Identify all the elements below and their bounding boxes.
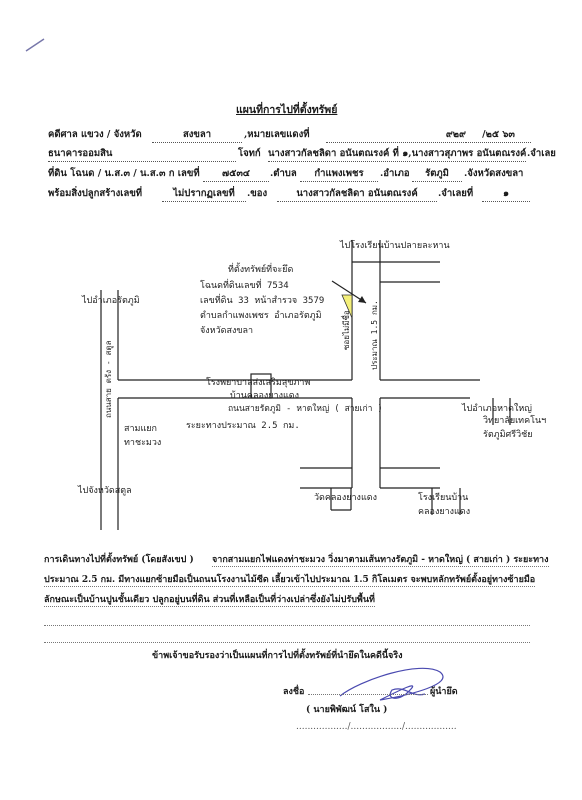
directions-label: การเดินทางไปที่ตั้งทรัพย์ (โดยสังเขป ) [44, 552, 194, 566]
label-junction-1: สามแยก [124, 421, 157, 435]
label-school-bottom-2: คลองยางแดง [418, 504, 470, 518]
directions-line-1: จากสามแยกไฟแดงท่าชะมวง วิ่งมาตามเส้นทางร… [212, 552, 549, 567]
label-property-line-3: ตำบลกำแพงเพชร อำเภอรัตภูมิ [200, 308, 322, 322]
label-to-rattaphum: ไปอำเภอรัตภูมิ [82, 293, 140, 307]
directions-line-2: ประมาณ 2.5 กม. มีทางแยกซ้ายมือเป็นถนนโรง… [44, 572, 535, 587]
label-hospital: โรงพยาบาลส่งเสริมสุขภาพ [206, 375, 310, 389]
blank-line-1 [44, 625, 530, 626]
label-property-line-2: เลขที่ดิน 33 หน้าสำรวจ 3579 [200, 293, 324, 307]
certification-statement: ข้าพเจ้าขอรับรองว่าเป็นแผนที่การไปที่ตั้… [152, 648, 403, 662]
label-side-road: ซอยไม่มีชื่อ [340, 310, 353, 350]
directions-line-3: ลักษณะเป็นบ้านปูนชั้นเดียว ปลูกอยู่บนที่… [44, 592, 375, 607]
label-school-bottom-1: โรงเรียนบ้าน [418, 490, 468, 504]
signature [340, 668, 443, 700]
label-temple: วัดคลองยางแดง [314, 490, 377, 504]
label-to-school-top: ไปโรงเรียนบ้านปลายละหาน [340, 238, 450, 252]
label-left-road: ถนนสาย ตรัง - สตูล [102, 341, 115, 419]
date-line: ................../................../..… [296, 722, 457, 732]
label-junction-2: ทาชะมวง [124, 435, 161, 449]
blank-line-2 [44, 642, 530, 643]
label-side-distance: ประมาณ 1.5 กม. [368, 300, 381, 370]
label-property-title: ที่ตั้งทรัพย์ที่จะยึด [228, 262, 293, 276]
label-hospital-2: บ้านคลองยางแดง [230, 388, 299, 402]
label-college-1: วิทยาลัยเทคโนฯ [483, 413, 546, 427]
signature-line [308, 694, 428, 695]
label-main-road: ถนนสายรัตภูมิ - หาดใหญ่ ( สายเก่า ) [228, 401, 383, 415]
signer-name: ( นายพิพัฒน์ โสใน ) [306, 702, 387, 716]
label-college-2: รัตภูมิศรีวิชัย [483, 427, 533, 441]
role-label: ผู้นำยึด [430, 684, 458, 698]
sign-label: ลงชื่อ [283, 684, 304, 698]
label-main-distance: ระยะทางประมาณ 2.5 กม. [186, 418, 300, 432]
label-property-line-4: จังหวัดสงขลา [200, 323, 253, 337]
label-to-satun: ไปจังหวัดสตูล [78, 483, 132, 497]
label-property-line-1: โฉนดที่ดินเลขที่ 7534 [200, 278, 289, 292]
